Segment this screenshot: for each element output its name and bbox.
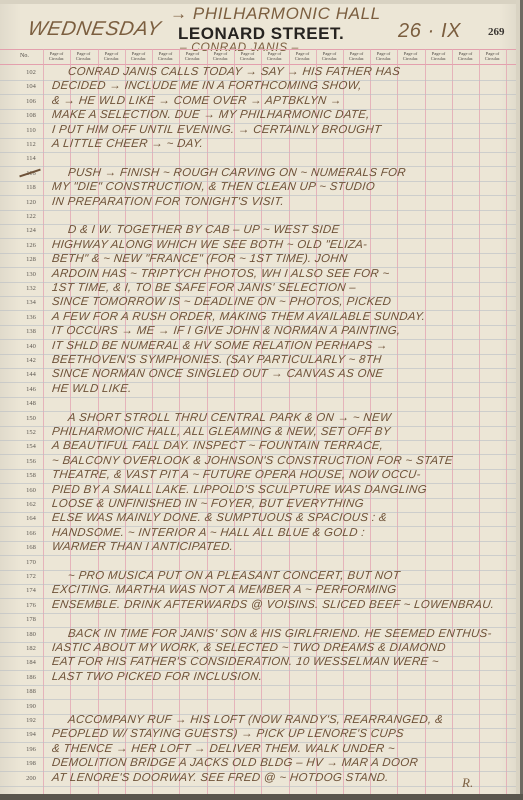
row-number: 136 (20, 314, 42, 321)
row-number: 162 (20, 501, 42, 508)
row-number: 172 (20, 573, 42, 580)
column-rule (452, 49, 453, 794)
row-rule (0, 152, 516, 153)
handwritten-date: 26 · IX (398, 20, 461, 43)
handwritten-line: EAT FOR HIS FATHER'S CONSIDERATION. 10 W… (51, 656, 439, 668)
row-number: 154 (20, 443, 42, 450)
row-number: 190 (20, 703, 42, 710)
column-rule (397, 49, 398, 794)
handwritten-line: ~ BALCONY OVERLOOK & JOHNSON'S CONSTRUCT… (51, 455, 453, 467)
column-rule (43, 49, 44, 794)
handwritten-day: WEDNESDAY (26, 18, 163, 41)
row-number: 144 (20, 371, 42, 378)
column-header-page-of-circular: Page of Circular. (289, 51, 316, 61)
row-number: 180 (20, 631, 42, 638)
row-rule (0, 786, 516, 787)
row-number: 152 (20, 429, 42, 436)
handwritten-line: IASTIC ABOUT MY WORK, & SELECTED ~ TWO D… (51, 642, 446, 654)
row-number: 102 (20, 69, 42, 76)
row-number: 184 (20, 659, 42, 666)
handwritten-line: DECIDED → INCLUDE ME IN A FORTHCOMING SH… (51, 80, 362, 92)
handwritten-line: 1ST TIME, & I, TO BE SAFE FOR JANIS' SEL… (51, 282, 356, 294)
row-number: 160 (20, 487, 42, 494)
row-number: 178 (20, 616, 42, 623)
handwritten-line: SINCE TOMORROW IS ~ DEADLINE ON ~ PHOTOS… (51, 296, 391, 308)
column-header-page-of-circular: Page of Circular. (479, 51, 506, 61)
column-rule (506, 49, 507, 794)
row-number: 186 (20, 674, 42, 681)
column-header-no: No. (20, 53, 29, 59)
column-header-page-of-circular: Page of Circular. (343, 51, 370, 61)
row-number: 176 (20, 602, 42, 609)
row-number: 194 (20, 731, 42, 738)
column-rule (425, 49, 426, 794)
handwritten-line: & → HE WLD LIKE → COME OVER → APTBKLYN → (51, 95, 342, 107)
handwritten-line: DEMOLITION BRIDGE A JACKS OLD BLDG – HV … (51, 757, 418, 769)
column-header-page-of-circular: Page of Circular. (370, 51, 397, 61)
handwritten-line: IT OCCURS → ME → IF I GIVE JOHN & NORMAN… (51, 325, 401, 337)
row-rule (0, 685, 516, 686)
handwritten-line: I PUT HIM OFF UNTIL EVENING. → CERTAINLY… (51, 124, 381, 136)
page-number: 269 (488, 26, 505, 38)
column-header-page-of-circular: Page of Circular. (207, 51, 234, 61)
row-number: 112 (20, 141, 42, 148)
handwritten-line: BETH" & ~ NEW "FRANCE" (FOR ~ 1ST TIME).… (51, 253, 348, 265)
row-number: 124 (20, 227, 42, 234)
column-header-page-of-circular: Page of Circular. (425, 51, 452, 61)
handwritten-line: IT SHLD BE NUMERAL & HV SOME RELATION PE… (51, 340, 388, 352)
row-number: 128 (20, 256, 42, 263)
header-rule (0, 49, 516, 50)
row-number: 174 (20, 587, 42, 594)
row-number: 138 (20, 328, 42, 335)
row-number: 118 (20, 184, 42, 191)
column-header-page-of-circular: Page of Circular. (397, 51, 424, 61)
row-number: 156 (20, 458, 42, 465)
column-rule (479, 49, 480, 794)
page-right-edge (516, 0, 520, 794)
handwritten-line: WARMER THAN I ANTICIPATED. (51, 541, 233, 553)
column-header-page-of-circular: Page of Circular. (43, 51, 70, 61)
row-rule (0, 397, 516, 398)
handwritten-line: A SHORT STROLL THRU CENTRAL PARK & ON → … (67, 412, 391, 424)
column-header-page-of-circular: Page of Circular. (98, 51, 125, 61)
handwritten-line: HE WLD LIKE. (51, 383, 132, 395)
row-number: 164 (20, 515, 42, 522)
handwritten-line: AT LENORE'S DOORWAY. SEE FRED @ ~ HOTDOG… (51, 772, 389, 784)
handwritten-line: A FEW FOR A RUSH ORDER, MAKING THEM AVAI… (51, 311, 426, 323)
handwritten-line: LAST TWO PICKED FOR INCLUSION. (51, 671, 263, 683)
row-number: 200 (20, 775, 42, 782)
row-number: 126 (20, 242, 42, 249)
handwritten-line: ACCOMPANY RUF → HIS LOFT (NOW RANDY'S, R… (67, 714, 443, 726)
column-header-page-of-circular: Page of Circular. (125, 51, 152, 61)
row-number: 114 (20, 155, 42, 162)
row-number: 196 (20, 746, 42, 753)
row-number: 146 (20, 386, 42, 393)
row-number: 170 (20, 559, 42, 566)
handwritten-line: ARDOIN HAS ~ TRIPTYCH PHOTOS, WH I ALSO … (51, 268, 390, 280)
row-number: 122 (20, 213, 42, 220)
handwritten-line: D & I W. TOGETHER BY CAB – UP ~ WEST SID… (67, 224, 340, 236)
handwritten-line: ENSEMBLE. DRINK AFTERWARDS @ VOISINS. SL… (51, 599, 495, 611)
column-header-page-of-circular: Page of Circular. (179, 51, 206, 61)
row-number: 140 (20, 343, 42, 350)
row-number: 168 (20, 544, 42, 551)
column-header-page-of-circular: Page of Circular. (152, 51, 179, 61)
handwritten-line: CONRAD JANIS CALLS TODAY → SAY → HIS FAT… (67, 66, 400, 78)
row-number: 150 (20, 415, 42, 422)
row-rule (0, 699, 516, 700)
row-number: 104 (20, 83, 42, 90)
row-rule (0, 613, 516, 614)
handwritten-line: BACK IN TIME FOR JANIS' SON & HIS GIRLFR… (67, 628, 492, 640)
row-number: 142 (20, 357, 42, 364)
handwritten-line: ~ PRO MUSICA PUT ON A PLEASANT CONCERT, … (67, 570, 400, 582)
handwritten-line: HANDSOME. ~ INTERIOR A ~ HALL ALL BLUE &… (51, 527, 365, 539)
signature-mark: R. (462, 775, 473, 791)
handwritten-line: MY "DIE" CONSTRUCTION, & THEN CLEAN UP ~… (51, 181, 375, 193)
handwritten-line: & THENCE → HER LOFT → DELIVER THEM. WALK… (51, 743, 395, 755)
row-number: 130 (20, 271, 42, 278)
handwritten-line: SINCE NORMAN ONCE SINGLED OUT → CANVAS A… (51, 368, 384, 380)
row-number: 134 (20, 299, 42, 306)
column-header-page-of-circular: Page of Circular. (261, 51, 288, 61)
handwritten-line: THEATRE, & VAST PIT A ~ FUTURE OPERA HOU… (51, 469, 421, 481)
handwritten-line: HIGHWAY ALONG WHICH WE SEE BOTH ~ OLD "E… (51, 239, 368, 251)
row-number: 188 (20, 688, 42, 695)
row-rule (0, 555, 516, 556)
handwritten-line: A LITTLE CHEER → ~ DAY. (51, 138, 203, 150)
handwritten-line: PUSH → FINISH ~ ROUGH CARVING ON ~ NUMER… (67, 167, 406, 179)
row-number: 110 (20, 127, 42, 134)
handwritten-line: A BEAUTIFUL FALL DAY. INSPECT ~ FOUNTAIN… (51, 440, 384, 452)
column-header-page-of-circular: Page of Circular. (70, 51, 97, 61)
handwritten-line: BEETHOVEN'S SYMPHONIES. (SAY PARTICULARL… (51, 354, 382, 366)
row-number: 132 (20, 285, 42, 292)
handwritten-location-note: → PHILHARMONIC HALL (170, 4, 381, 24)
row-number: 148 (20, 400, 42, 407)
handwritten-line: EXCITING. MARTHA WAS NOT A MEMBER A ~ PE… (51, 584, 397, 596)
row-number: 166 (20, 530, 42, 537)
handwritten-line: PIED BY A SMALL LAKE. LIPPOLD'S SCULPTUR… (51, 484, 427, 496)
row-rule (0, 210, 516, 211)
row-number: 182 (20, 645, 42, 652)
ledger-page: WEDNESDAY → PHILHARMONIC HALL LEONARD ST… (0, 0, 520, 794)
column-header-page-of-circular: Page of Circular. (234, 51, 261, 61)
header-rule (0, 64, 516, 65)
row-number: 120 (20, 199, 42, 206)
row-number: 158 (20, 472, 42, 479)
row-number: 192 (20, 717, 42, 724)
handwritten-line: PHILHARMONIC HALL, ALL GLEAMING & NEW, S… (51, 426, 391, 438)
row-number: 106 (20, 98, 42, 105)
handwritten-line: LOOSE & UNFINISHED IN ~ FOYER, BUT EVERY… (51, 498, 364, 510)
column-header-page-of-circular: Page of Circular. (452, 51, 479, 61)
row-number: 198 (20, 760, 42, 767)
handwritten-line: MAKE A SELECTION. DUE → MY PHILHARMONIC … (51, 109, 370, 121)
column-header-page-of-circular: Page of Circular. (316, 51, 343, 61)
row-number: 108 (20, 112, 42, 119)
desk-background (0, 794, 523, 800)
handwritten-line: IN PREPARATION FOR TONIGHT'S VISIT. (51, 196, 284, 208)
handwritten-line: PEOPLED W/ STAYING GUESTS) → PICK UP LEN… (51, 728, 404, 740)
handwritten-line: ELSE WAS MAINLY DONE. & SUMPTUOUS & SPAC… (51, 512, 387, 524)
